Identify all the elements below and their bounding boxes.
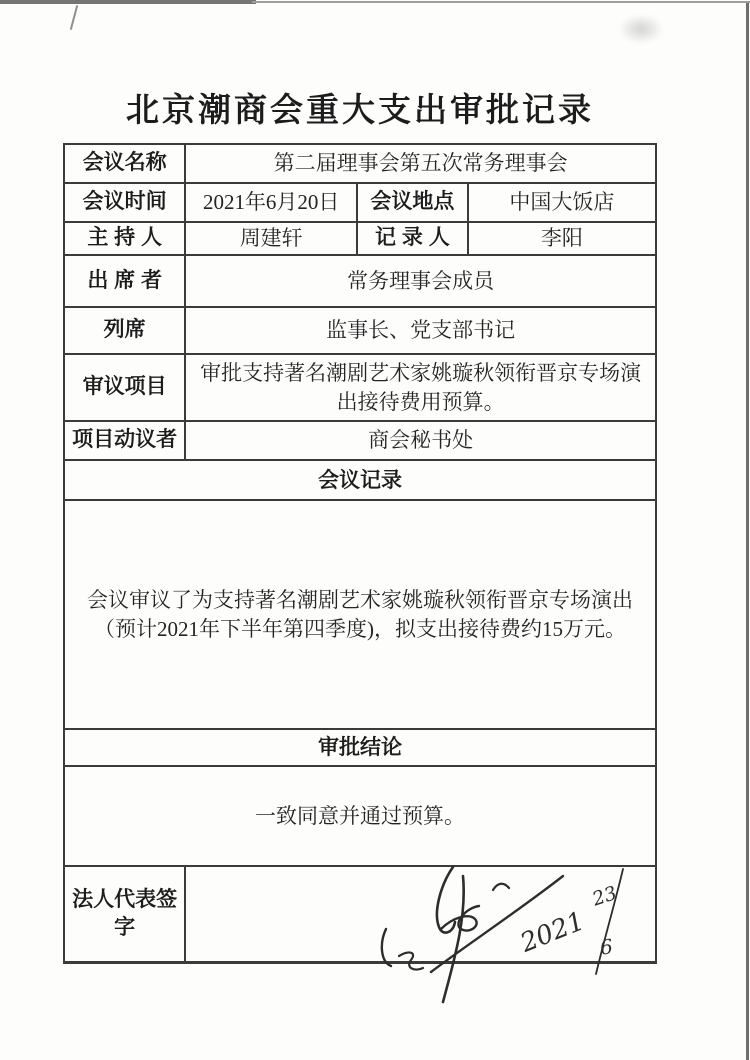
observers-value: 监事长、党支部书记 <box>185 307 656 354</box>
row-meeting-name: 会议名称 第二届理事会第五次常务理事会 <box>64 144 656 183</box>
recorder-label: 记 录 人 <box>357 222 468 255</box>
host-label: 主 持 人 <box>64 222 185 255</box>
meeting-name-value: 第二届理事会第五次常务理事会 <box>185 144 656 183</box>
handwritten-signature: 2021 23 6 <box>334 855 674 1025</box>
meeting-name-label: 会议名称 <box>64 144 185 183</box>
meeting-place-value: 中国大饭店 <box>468 183 656 222</box>
host-value: 周建轩 <box>185 222 357 255</box>
attendees-value: 常务理事会成员 <box>185 255 656 307</box>
review-item-label: 审议项目 <box>64 354 185 421</box>
row-signature: 法人代表签字 2021 <box>64 866 656 963</box>
row-review-item: 审议项目 审批支持著名潮剧艺术家姚璇秋领衔晋京专场演出接待费用预算。 <box>64 354 656 421</box>
row-attendees: 出 席 者 常务理事会成员 <box>64 255 656 307</box>
row-host-recorder: 主 持 人 周建轩 记 录 人 李阳 <box>64 222 656 255</box>
conclusion-content: 一致同意并通过预算。 <box>64 766 656 866</box>
signature-label: 法人代表签字 <box>64 866 185 963</box>
page-title: 北京潮商会重大支出审批记录 <box>0 84 720 131</box>
signature-scrawl <box>431 876 563 972</box>
signature-date-day: 23 <box>589 882 620 911</box>
signature-date-year: 2021 <box>516 906 590 959</box>
scan-edge-artifact <box>252 1 750 3</box>
proposer-value: 商会秘书处 <box>185 421 656 460</box>
proposer-label: 项目动议者 <box>64 421 185 460</box>
signature-scrawl <box>443 876 464 1002</box>
row-observers: 列席 监事长、党支部书记 <box>64 307 656 354</box>
signature-cell: 2021 23 6 <box>185 866 656 963</box>
signature-scrawl <box>399 953 423 970</box>
meeting-time-label: 会议时间 <box>64 183 185 222</box>
signature-scrawl <box>437 867 455 933</box>
minutes-section-header: 会议记录 <box>64 460 656 500</box>
row-conclusion-content: 一致同意并通过预算。 <box>64 766 656 866</box>
scan-edge-artifact <box>0 0 256 4</box>
attendees-label: 出 席 者 <box>64 255 185 307</box>
minutes-content: 会议审议了为支持著名潮剧艺术家姚璇秋领衔晋京专场演出（预计2021年下半年第四季… <box>64 500 656 729</box>
row-conclusion-header: 审批结论 <box>64 729 656 766</box>
scan-edge-artifact <box>746 3 749 1060</box>
conclusion-section-header: 审批结论 <box>64 729 656 766</box>
approval-form-table: 会议名称 第二届理事会第五次常务理事会 会议时间 2021年6月20日 会议地点… <box>63 143 657 964</box>
row-proposer: 项目动议者 商会秘书处 <box>64 421 656 460</box>
scanned-document-page: 北京潮商会重大支出审批记录 会议名称 第二届理事会第五次常务理事会 会议时间 2… <box>0 0 750 1060</box>
signature-scrawl <box>441 906 479 931</box>
signature-date-month: 6 <box>599 934 615 960</box>
signature-scrawl <box>382 929 391 966</box>
signature-date-slash <box>596 869 623 974</box>
review-item-value: 审批支持著名潮剧艺术家姚璇秋领衔晋京专场演出接待费用预算。 <box>185 354 656 421</box>
observers-label: 列席 <box>64 307 185 354</box>
row-minutes-header: 会议记录 <box>64 460 656 500</box>
row-meeting-time-place: 会议时间 2021年6月20日 会议地点 中国大饭店 <box>64 183 656 222</box>
recorder-value: 李阳 <box>468 222 656 255</box>
meeting-place-label: 会议地点 <box>357 183 468 222</box>
signature-scrawl <box>493 884 509 890</box>
scan-smudge <box>618 14 664 44</box>
row-minutes-content: 会议审议了为支持著名潮剧艺术家姚璇秋领衔晋京专场演出（预计2021年下半年第四季… <box>64 500 656 729</box>
meeting-time-value: 2021年6月20日 <box>185 183 357 222</box>
stray-pen-mark <box>70 5 78 30</box>
